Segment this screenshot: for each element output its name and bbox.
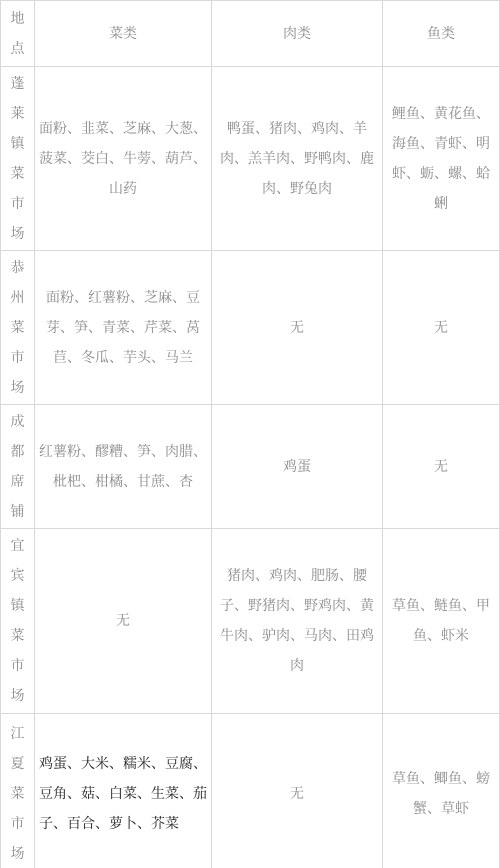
location-cell: 宜宾镇菜市场	[1, 529, 35, 714]
fish-cell: 鲤鱼、黄花鱼、海鱼、青虾、明虾、蛎、螺、蛤蜊	[383, 67, 500, 251]
table-row: 蓬莱镇菜市场 面粉、韭菜、芝麻、大葱、菠菜、茭白、牛蒡、葫芦、山药 鸭蛋、猪肉、…	[1, 67, 500, 251]
meat-cell: 鸭蛋、猪肉、鸡肉、羊肉、羔羊肉、野鸭肉、鹿肉、野兔肉	[212, 67, 383, 251]
header-vegetables: 菜类	[35, 1, 212, 67]
vegetables-cell: 无	[35, 529, 212, 714]
table-row: 恭州菜市场 面粉、红薯粉、芝麻、豆芽、笋、青菜、芹菜、莴苣、冬瓜、芋头、马兰 无…	[1, 251, 500, 405]
table-row: 成都席铺 红薯粉、醪糟、笋、肉腊、枇杷、柑橘、甘蔗、杏 鸡蛋 无	[1, 405, 500, 529]
header-location-label: 地点	[7, 4, 28, 64]
meat-cell: 无	[212, 714, 383, 868]
header-fish: 鱼类	[383, 1, 500, 67]
fish-cell: 无	[383, 405, 500, 529]
table-row: 江夏菜市场 鸡蛋、大米、糯米、豆腐、豆角、菇、白菜、生菜、茄子、百合、萝卜、芥菜…	[1, 714, 500, 868]
meat-cell: 无	[212, 251, 383, 405]
vegetables-cell: 红薯粉、醪糟、笋、肉腊、枇杷、柑橘、甘蔗、杏	[35, 405, 212, 529]
location-cell: 恭州菜市场	[1, 251, 35, 405]
table-row: 宜宾镇菜市场 无 猪肉、鸡肉、肥肠、腰子、野猪肉、野鸡肉、黄牛肉、驴肉、马肉、田…	[1, 529, 500, 714]
header-meat: 肉类	[212, 1, 383, 67]
market-food-table: 地点 菜类 肉类 鱼类 蓬莱镇菜市场 面粉、韭菜、芝麻、大葱、菠菜、茭白、牛蒡、…	[0, 0, 500, 868]
location-cell: 江夏菜市场	[1, 714, 35, 868]
header-location: 地点	[1, 1, 35, 67]
meat-cell: 猪肉、鸡肉、肥肠、腰子、野猪肉、野鸡肉、黄牛肉、驴肉、马肉、田鸡肉	[212, 529, 383, 714]
fish-cell: 草鱼、鲢鱼、甲鱼、虾米	[383, 529, 500, 714]
vegetables-cell: 面粉、红薯粉、芝麻、豆芽、笋、青菜、芹菜、莴苣、冬瓜、芋头、马兰	[35, 251, 212, 405]
location-cell: 成都席铺	[1, 405, 35, 529]
vegetables-cell: 鸡蛋、大米、糯米、豆腐、豆角、菇、白菜、生菜、茄子、百合、萝卜、芥菜	[35, 714, 212, 868]
meat-cell: 鸡蛋	[212, 405, 383, 529]
fish-cell: 无	[383, 251, 500, 405]
fish-cell: 草鱼、鲫鱼、螃蟹、草虾	[383, 714, 500, 868]
location-cell: 蓬莱镇菜市场	[1, 67, 35, 251]
vegetables-cell: 面粉、韭菜、芝麻、大葱、菠菜、茭白、牛蒡、葫芦、山药	[35, 67, 212, 251]
table-header-row: 地点 菜类 肉类 鱼类	[1, 1, 500, 67]
